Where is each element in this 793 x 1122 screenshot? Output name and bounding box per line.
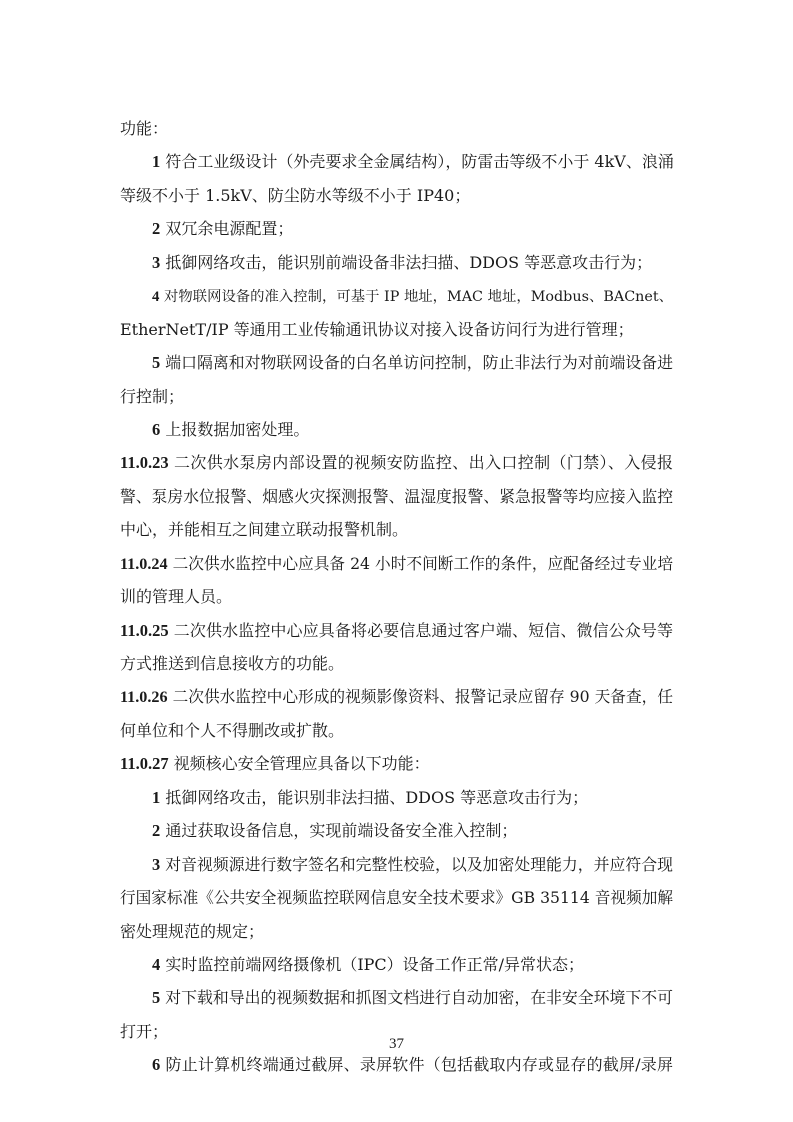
line-text: 视频核心安全管理应具备以下功能：	[169, 754, 430, 773]
line-text: 防止计算机终端通过截屏、录屏软件（包括截取内存或显存的截屏/录屏	[160, 1055, 673, 1074]
line-text: 行国家标准《公共安全视频监控联网信息安全技术要求》GB 35114 音视频加解	[120, 888, 673, 907]
text-line: 何单位和个人不得删改或扩散。	[120, 714, 673, 747]
list-item-line: 1 抵御网络攻击，能识别非法扫描、DDOS 等恶意攻击行为；	[120, 781, 673, 814]
text-line: EtherNetT/IP 等通用工业传输通讯协议对接入设备访问行为进行管理；	[120, 313, 673, 346]
text-line: 警、泵房水位报警、烟感火灾探测报警、温湿度报警、紧急报警等均应接入监控	[120, 480, 673, 513]
text-line: 功能：	[120, 112, 673, 145]
line-text: 行控制；	[120, 387, 184, 406]
item-number: 6	[152, 420, 160, 439]
line-text: 何单位和个人不得删改或扩散。	[120, 721, 344, 740]
list-item-line: 6 上报数据加密处理。	[120, 413, 673, 446]
item-number: 2	[152, 219, 160, 238]
text-line: 中心，并能相互之间建立联动报警机制。	[120, 513, 673, 546]
clause-number: 11.0.26	[120, 689, 168, 706]
list-item-line: 4 实时监控前端网络摄像机（IPC）设备工作正常/异常状态；	[120, 948, 673, 981]
list-item-line: 1 符合工业级设计（外壳要求全金属结构），防雷击等级不小于 4kV、浪涌	[120, 145, 673, 178]
page-number: 37	[0, 1036, 793, 1053]
line-text: EtherNetT/IP 等通用工业传输通讯协议对接入设备访问行为进行管理；	[120, 320, 634, 339]
list-item-line: 3 抵御网络攻击，能识别前端设备非法扫描、DDOS 等恶意攻击行为；	[120, 246, 673, 279]
list-item-line: 3 对音视频源进行数字签名和完整性校验，以及加密处理能力，并应符合现	[120, 848, 673, 881]
clause-line: 11.0.27 视频核心安全管理应具备以下功能：	[120, 747, 673, 780]
clause-line: 11.0.26 二次供水监控中心形成的视频影像资料、报警记录应留存 90 天备查…	[120, 680, 673, 713]
clause-number: 11.0.25	[120, 621, 169, 640]
line-text: 端口隔离和对物联网设备的白名单访问控制，防止非法行为对前端设备进	[160, 353, 673, 372]
text-line: 行国家标准《公共安全视频监控联网信息安全技术要求》GB 35114 音视频加解	[120, 881, 673, 914]
line-text: 二次供水监控中心应具备将必要信息通过客户端、短信、微信公众号等	[169, 621, 673, 640]
line-text: 方式推送到信息接收方的功能。	[120, 654, 344, 673]
line-text: 双冗余电源配置；	[160, 219, 293, 238]
line-text: 抵御网络攻击，能识别前端设备非法扫描、DDOS 等恶意攻击行为；	[160, 253, 652, 272]
line-text: 通过获取设备信息，实现前端设备安全准入控制；	[160, 821, 517, 840]
line-text: 对音视频源进行数字签名和完整性校验，以及加密处理能力，并应符合现	[160, 855, 673, 874]
clause-number: 11.0.27	[120, 754, 169, 773]
text-line: 密处理规范的规定；	[120, 915, 673, 948]
line-text: 等级不小于 1.5kV、防尘防水等级不小于 IP40；	[120, 186, 470, 205]
line-text: 警、泵房水位报警、烟感火灾探测报警、温湿度报警、紧急报警等均应接入监控	[120, 487, 673, 506]
item-number: 3	[152, 855, 160, 874]
clause-number: 11.0.24	[120, 556, 168, 573]
clause-line: 11.0.25 二次供水监控中心应具备将必要信息通过客户端、短信、微信公众号等	[120, 614, 673, 647]
text-line: 等级不小于 1.5kV、防尘防水等级不小于 IP40；	[120, 179, 673, 212]
line-text: 密处理规范的规定；	[120, 922, 264, 941]
clause-line: 11.0.24 二次供水监控中心应具备 24 小时不间断工作的条件，应配备经过专…	[120, 547, 673, 580]
clause-number: 11.0.23	[120, 453, 169, 472]
line-text: 二次供水监控中心形成的视频影像资料、报警记录应留存 90 天备查，任	[168, 687, 673, 706]
clause-line: 11.0.23 二次供水泵房内部设置的视频安防监控、出入口控制（门禁）、入侵报	[120, 446, 673, 479]
item-number: 5	[152, 988, 160, 1007]
line-text: 功能：	[120, 119, 168, 138]
line-text: 符合工业级设计（外壳要求全金属结构），防雷击等级不小于 4kV、浪涌	[160, 152, 674, 171]
line-text: 训的管理人员。	[120, 587, 232, 606]
line-text: 二次供水监控中心应具备 24 小时不间断工作的条件，应配备经过专业培	[168, 554, 673, 573]
item-number: 3	[152, 253, 160, 272]
item-number: 1	[152, 152, 160, 171]
item-number: 6	[152, 1055, 160, 1074]
line-text: 抵御网络攻击，能识别非法扫描、DDOS 等恶意攻击行为；	[160, 788, 588, 807]
item-number: 2	[152, 821, 160, 840]
line-text: 中心，并能相互之间建立联动报警机制。	[120, 520, 408, 539]
item-number: 1	[152, 788, 160, 807]
line-text: 上报数据加密处理。	[160, 420, 309, 439]
item-number: 5	[152, 353, 160, 372]
item-number: 4	[152, 955, 160, 974]
list-item-line: 4 对物联网设备的准入控制，可基于 IP 地址，MAC 地址，Modbus、BA…	[120, 279, 673, 312]
list-item-line: 6 防止计算机终端通过截屏、录屏软件（包括截取内存或显存的截屏/录屏	[120, 1048, 673, 1081]
line-text: 实时监控前端网络摄像机（IPC）设备工作正常/异常状态；	[160, 955, 584, 974]
list-item-line: 5 端口隔离和对物联网设备的白名单访问控制，防止非法行为对前端设备进	[120, 346, 673, 379]
text-line: 行控制；	[120, 380, 673, 413]
line-text: 对物联网设备的准入控制，可基于 IP 地址，MAC 地址，Modbus、BACn…	[159, 289, 673, 305]
text-line: 方式推送到信息接收方的功能。	[120, 647, 673, 680]
line-text: 对下载和导出的视频数据和抓图文档进行自动加密，在非安全环境下不可	[160, 988, 673, 1007]
list-item-line: 2 通过获取设备信息，实现前端设备安全准入控制；	[120, 814, 673, 847]
document-body: 功能：1 符合工业级设计（外壳要求全金属结构），防雷击等级不小于 4kV、浪涌等…	[120, 112, 673, 1082]
list-item-line: 5 对下载和导出的视频数据和抓图文档进行自动加密，在非安全环境下不可	[120, 981, 673, 1014]
list-item-line: 2 双冗余电源配置；	[120, 212, 673, 245]
line-text: 二次供水泵房内部设置的视频安防监控、出入口控制（门禁）、入侵报	[169, 453, 673, 472]
text-line: 训的管理人员。	[120, 580, 673, 613]
